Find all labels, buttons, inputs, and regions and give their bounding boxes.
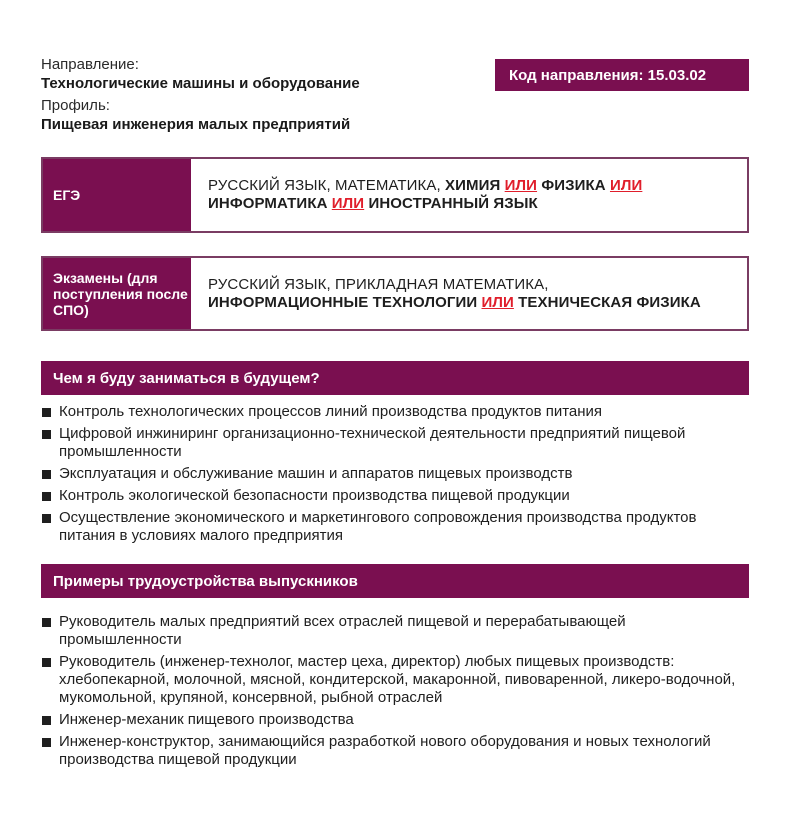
list-item-text: Руководитель (инженер-технолог, мастер ц…: [59, 653, 735, 706]
square-bullet-icon: [42, 618, 51, 627]
exam-subjects: Русский язык, математика, химия или физи…: [191, 159, 747, 231]
list-item-text: Эксплуатация и обслуживание машин и аппа…: [59, 465, 572, 482]
list-item-text: Цифровой инжиниринг организационно-техни…: [59, 425, 685, 460]
list-item: Руководитель (инженер-технолог, мастер ц…: [41, 653, 749, 707]
list-item: Цифровой инжиниринг организационно-техни…: [41, 425, 749, 461]
exam-subjects-line: информационные технологии или техническа…: [208, 294, 737, 312]
subject-bold: иностранный язык: [368, 195, 537, 212]
or-connector: или: [505, 177, 537, 194]
direction-label: Направление:: [41, 56, 461, 74]
exam-subjects-line: информатика или иностранный язык: [208, 195, 737, 213]
square-bullet-icon: [42, 408, 51, 417]
future-list: Контроль технологических процессов линий…: [41, 403, 749, 549]
exam-label: ЕГЭ: [43, 159, 191, 231]
list-item: Осуществление экономического и маркетинг…: [41, 509, 749, 545]
future-section-title: Чем я буду заниматься в будущем?: [41, 361, 749, 395]
list-item-text: Руководитель малых предприятий всех отра…: [59, 613, 626, 648]
or-connector: или: [610, 177, 642, 194]
subject-bold: информационные технологии: [208, 294, 477, 311]
square-bullet-icon: [42, 514, 51, 523]
exam-label: Экзамены (для поступления после СПО): [43, 258, 191, 329]
square-bullet-icon: [42, 658, 51, 667]
subject-bold: информатика: [208, 195, 328, 212]
list-item-text: Инженер-конструктор, занимающийся разраб…: [59, 733, 711, 768]
program-header: Направление: Технологические машины и об…: [41, 56, 461, 138]
list-item-text: Контроль экологической безопасности прои…: [59, 487, 570, 504]
direction-code-badge: Код направления: 15.03.02: [495, 59, 749, 91]
exam-subjects-line: Русский язык, математика, химия или физи…: [208, 177, 737, 195]
square-bullet-icon: [42, 430, 51, 439]
list-item-text: Контроль технологических процессов линий…: [59, 403, 602, 420]
exam-subjects-line: Русский язык, прикладная математика,: [208, 276, 737, 294]
subject-bold: химия: [445, 177, 500, 194]
employment-section-title: Примеры трудоустройства выпускников: [41, 564, 749, 598]
exam-row-spo: Экзамены (для поступления после СПО) Рус…: [41, 256, 749, 331]
square-bullet-icon: [42, 738, 51, 747]
subject-text: Русский язык, прикладная математика,: [208, 276, 549, 293]
subject-bold: техническая физика: [518, 294, 701, 311]
square-bullet-icon: [42, 716, 51, 725]
list-item: Контроль технологических процессов линий…: [41, 403, 749, 421]
profile-value: Пищевая инженерия малых предприятий: [41, 115, 461, 134]
or-connector: или: [332, 195, 364, 212]
list-item: Руководитель малых предприятий всех отра…: [41, 613, 749, 649]
list-item: Инженер-механик пищевого производства: [41, 711, 749, 729]
subject-bold: физика: [541, 177, 605, 194]
or-connector: или: [482, 294, 514, 311]
list-item: Контроль экологической безопасности прои…: [41, 487, 749, 505]
square-bullet-icon: [42, 492, 51, 501]
profile-label: Профиль:: [41, 97, 461, 115]
employment-list: Руководитель малых предприятий всех отра…: [41, 613, 749, 773]
list-item: Эксплуатация и обслуживание машин и аппа…: [41, 465, 749, 483]
list-item: Инженер-конструктор, занимающийся разраб…: [41, 733, 749, 769]
list-item-text: Осуществление экономического и маркетинг…: [59, 509, 696, 544]
exam-row-ege: ЕГЭ Русский язык, математика, химия или …: [41, 157, 749, 233]
exam-subjects: Русский язык, прикладная математика, инф…: [191, 258, 747, 329]
list-item-text: Инженер-механик пищевого производства: [59, 711, 354, 728]
square-bullet-icon: [42, 470, 51, 479]
direction-value: Технологические машины и оборудование: [41, 74, 461, 93]
subject-text: Русский язык, математика,: [208, 177, 445, 194]
